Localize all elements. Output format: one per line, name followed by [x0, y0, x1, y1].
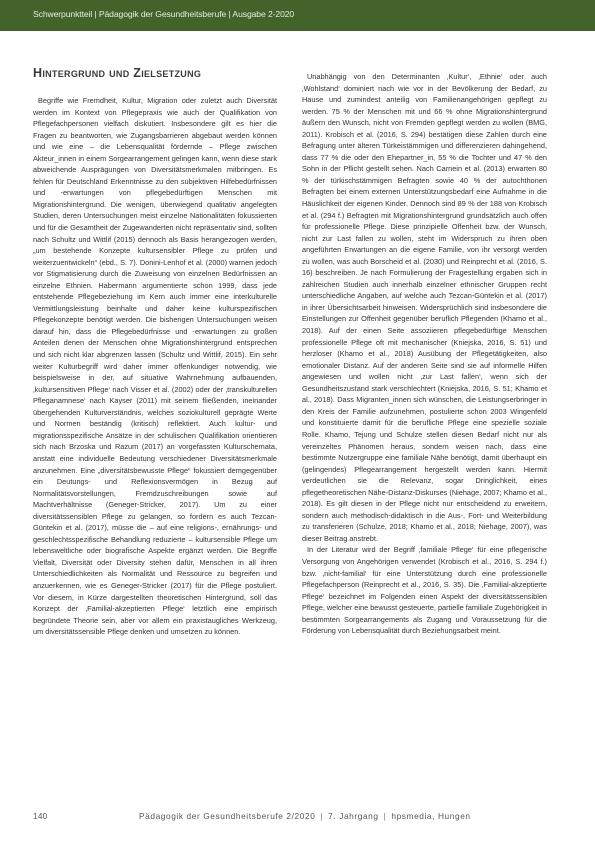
- separator: |: [320, 811, 323, 821]
- publisher: hpsmedia, Hungen: [391, 811, 470, 821]
- right-column: Unabhängig von den Determinanten ‚Kultur…: [302, 71, 547, 637]
- page-number: 140: [33, 811, 47, 821]
- journal-name: Pädagogik der Gesundheitsberufe 2/2020: [139, 811, 315, 821]
- paragraph: In der Literatur wird der Begriff ‚famil…: [302, 544, 547, 636]
- paragraph: Unabhängig von den Determinanten ‚Kultur…: [302, 71, 547, 544]
- section-title: Hintergrund und Zielsetzung: [33, 66, 201, 80]
- separator: |: [384, 811, 387, 821]
- volume: 7. Jahrgang: [328, 811, 378, 821]
- paragraph: Begriffe wie Fremdheit, Kultur, Migratio…: [33, 95, 277, 638]
- header-bar: Schwerpunktteil | Pädagogik der Gesundhe…: [0, 0, 595, 31]
- running-title: Schwerpunktteil | Pädagogik der Gesundhe…: [33, 9, 294, 19]
- left-column: Begriffe wie Fremdheit, Kultur, Migratio…: [33, 95, 277, 638]
- footer-citation: Pädagogik der Gesundheitsberufe 2/2020|7…: [139, 811, 471, 821]
